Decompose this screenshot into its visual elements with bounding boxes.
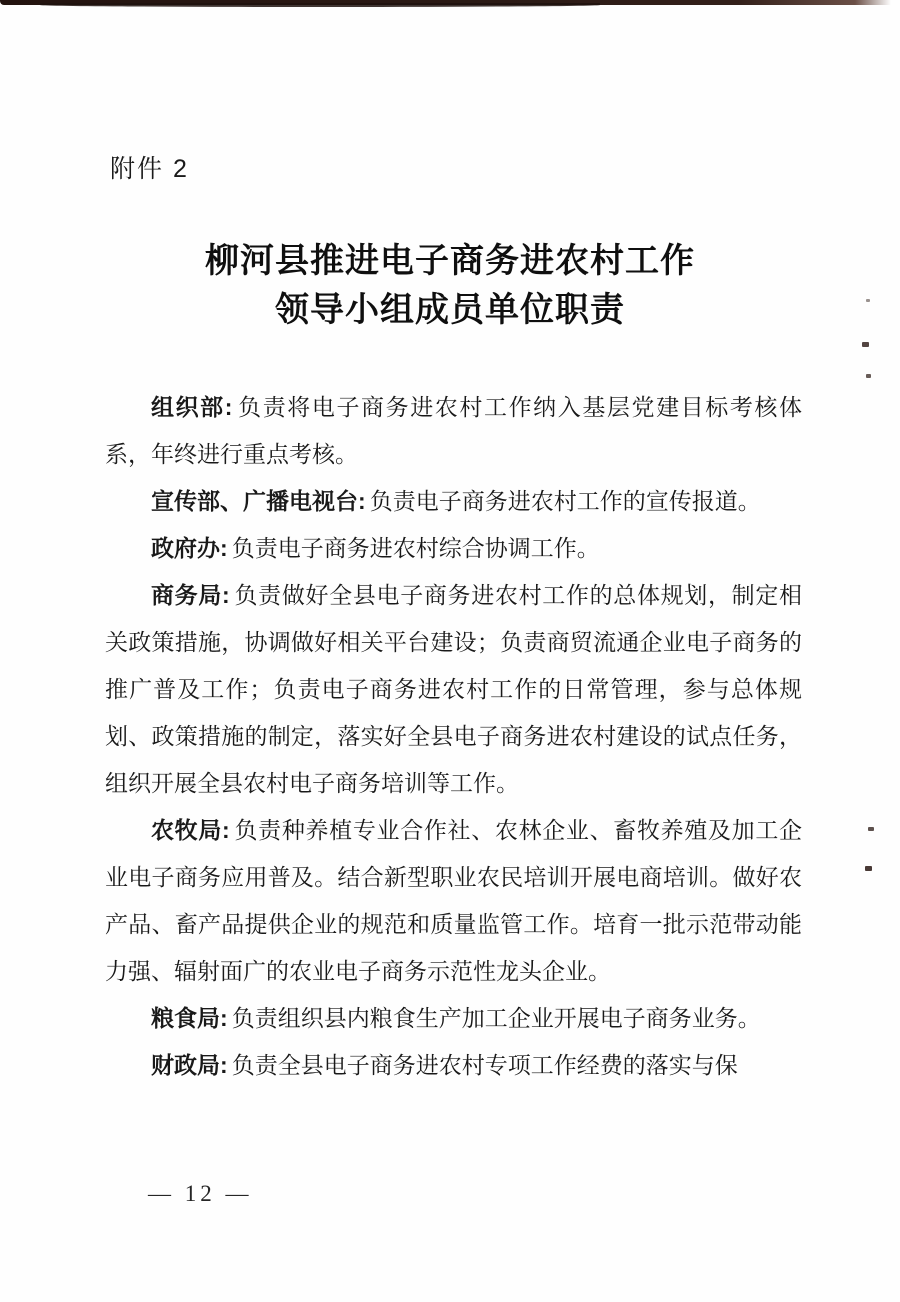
title-line-2: 领导小组成员单位职责 xyxy=(100,286,800,335)
page-number: — 12 — xyxy=(148,1181,253,1207)
dept-name: 农牧局: xyxy=(151,817,230,843)
paragraph-finance-bureau: 财政局:负责全县电子商务进农村专项工作经费的落实与保 xyxy=(105,1042,802,1089)
paragraph-commerce-bureau: 商务局:负责做好全县电子商务进农村工作的总体规划，制定相关政策措施，协调做好相关… xyxy=(105,572,802,807)
paragraph-propaganda-dept-tv: 宣传部、广播电视台:负责电子商务进农村工作的宣传报道。 xyxy=(105,478,802,525)
scan-artifact-speck xyxy=(862,342,869,347)
dept-name: 组织部: xyxy=(151,394,232,420)
paragraph-government-office: 政府办:负责电子商务进农村综合协调工作。 xyxy=(105,525,802,572)
attachment-label: 附件 2 xyxy=(110,149,189,185)
dept-name: 商务局: xyxy=(151,582,230,608)
paragraph-grain-bureau: 粮食局:负责组织县内粮食生产加工企业开展电子商务业务。 xyxy=(105,995,802,1042)
scanned-document-page: 附件 2 柳河县推进电子商务进农村工作 领导小组成员单位职责 组织部:负责将电子… xyxy=(0,0,900,1302)
dept-name: 政府办: xyxy=(151,535,228,561)
scan-artifact-speck xyxy=(868,827,874,831)
paragraph-text: 负责做好全县电子商务进农村工作的总体规划，制定相关政策措施，协调做好相关平台建设… xyxy=(105,583,802,796)
paragraph-text: 负责组织县内粮食生产加工企业开展电子商务业务。 xyxy=(232,1006,761,1031)
paragraph-text: 负责电子商务进农村工作的宣传报道。 xyxy=(370,489,761,514)
scan-artifact-top-edge-shadow xyxy=(40,3,600,7)
paragraph-agriculture-husbandry-bureau: 农牧局:负责种养植专业合作社、农林企业、畜牧养殖及加工企业电子商务应用普及。结合… xyxy=(105,807,802,995)
scan-artifact-speck xyxy=(865,866,872,871)
document-body: 组织部:负责将电子商务进农村工作纳入基层党建目标考核体系，年终进行重点考核。 宣… xyxy=(105,384,802,1089)
dept-name: 粮食局: xyxy=(151,1005,228,1031)
paragraph-organization-dept: 组织部:负责将电子商务进农村工作纳入基层党建目标考核体系，年终进行重点考核。 xyxy=(105,384,802,478)
dept-name: 财政局: xyxy=(151,1052,228,1078)
scan-artifact-speck xyxy=(866,299,870,302)
scan-artifact-speck xyxy=(866,374,871,378)
title-line-1: 柳河县推进电子商务进农村工作 xyxy=(100,237,800,286)
dept-name: 宣传部、广播电视台: xyxy=(151,488,366,514)
paragraph-text: 负责全县电子商务进农村专项工作经费的落实与保 xyxy=(232,1053,738,1078)
paragraph-text: 负责电子商务进农村综合协调工作。 xyxy=(232,536,600,561)
document-title: 柳河县推进电子商务进农村工作 领导小组成员单位职责 xyxy=(100,237,800,335)
